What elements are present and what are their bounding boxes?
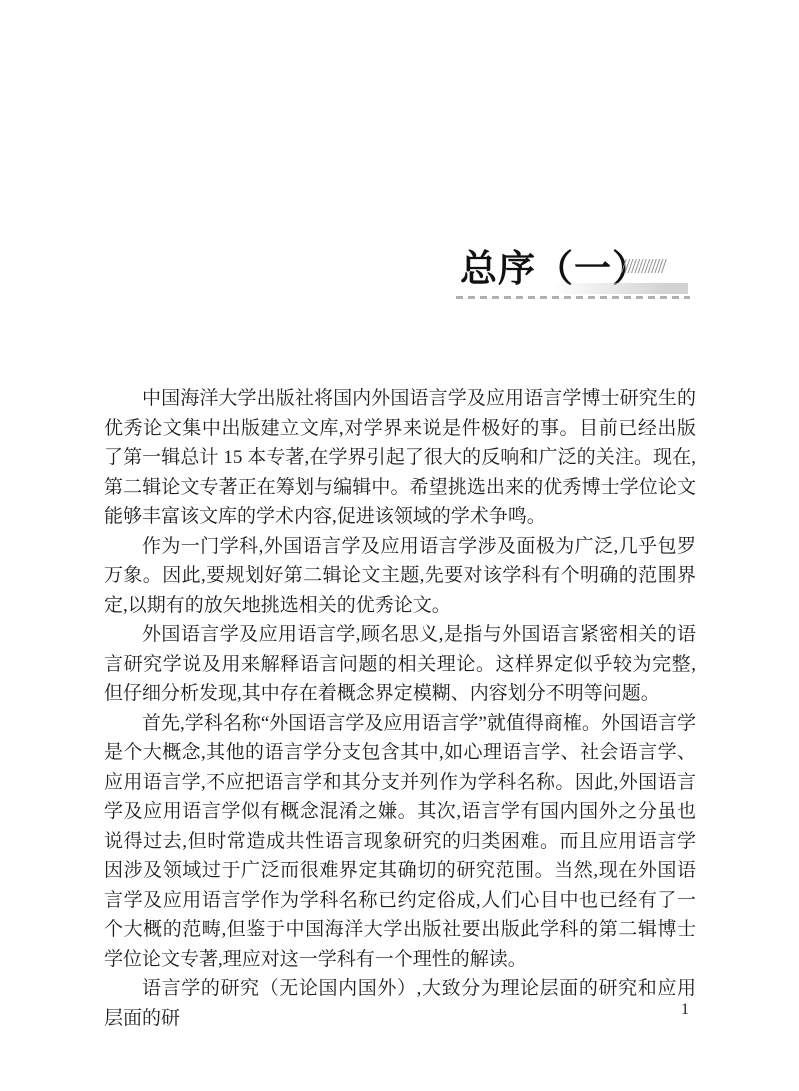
slash-decoration-icon: ///////////// xyxy=(621,256,664,277)
paragraph-5: 语言学的研究（无论国内国外）,大致分为理论层面的研究和应用层面的研 xyxy=(104,974,696,1033)
gradient-bar xyxy=(553,283,688,294)
dashed-underline xyxy=(456,296,690,299)
body-text: 中国海洋大学出版社将国内外国语言学及应用语言学博士研究生的优秀论文集中出版建立文… xyxy=(104,384,696,1033)
book-page: 总序（一） ///////////// 中国海洋大学出版社将国内外国语言学及应用… xyxy=(0,0,799,1091)
paragraph-2: 作为一门学科,外国语言学及应用语言学涉及面极为广泛,几乎包罗万象。因此,要规划好… xyxy=(104,532,696,621)
paragraph-3: 外国语言学及应用语言学,顾名思义,是指与外国语言紧密相关的语言研究学说及用来解释… xyxy=(104,620,696,709)
paragraph-1: 中国海洋大学出版社将国内外国语言学及应用语言学博士研究生的优秀论文集中出版建立文… xyxy=(104,384,696,532)
paragraph-4: 首先,学科名称“外国语言学及应用语言学”就值得商榷。外国语言学是个大概念,其他的… xyxy=(104,709,696,975)
page-number: 1 xyxy=(670,1001,700,1019)
chapter-title-block: 总序（一） ///////////// xyxy=(0,246,799,316)
